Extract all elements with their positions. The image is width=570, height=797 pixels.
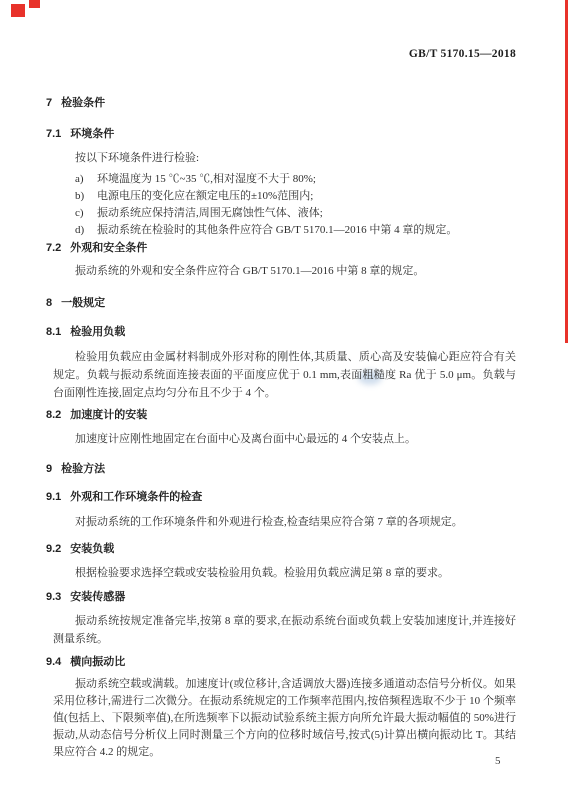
section-heading-7-2: 7.2 外观和安全条件 xyxy=(46,240,516,257)
list-marker: a) xyxy=(75,171,89,188)
red-scan-edge-line xyxy=(565,0,568,343)
paragraph-install-sensor: 振动系统按规定准备完毕,按第 8 章的要求,在振动系统台面或负载上安装加速度计,… xyxy=(53,612,516,648)
section-title: 加速度计的安装 xyxy=(70,407,147,424)
section-heading-8: 8 一般规定 xyxy=(46,295,516,312)
section-title: 检验方法 xyxy=(61,461,105,478)
scanned-document-page: GB/T 5170.15—2018 7 检验条件 7.1 环境条件 按以下环境条… xyxy=(0,0,570,797)
section-number: 8.2 xyxy=(46,407,61,424)
paragraph-accelerometer-mounting: 加速度计应刚性地固定在台面中心及离台面中心最远的 4 个安装点上。 xyxy=(53,430,516,448)
paragraph-install-load: 根据检验要求选择空载或安装检验用负载。检验用负载应满足第 8 章的要求。 xyxy=(53,564,516,582)
paragraph-env-intro: 按以下环境条件进行检验: xyxy=(53,149,516,167)
list-marker: b) xyxy=(75,188,89,205)
section-heading-7: 7 检验条件 xyxy=(46,95,516,112)
section-title: 横向振动比 xyxy=(70,654,125,671)
section-title: 检验条件 xyxy=(61,95,105,112)
section-number: 9.4 xyxy=(46,654,61,671)
list-item-text: 电源电压的变化应在额定电压的±10%范围内; xyxy=(97,188,313,205)
section-heading-9-2: 9.2 安装负载 xyxy=(46,541,516,558)
section-title: 外观和安全条件 xyxy=(70,240,147,257)
list-item-b: b) 电源电压的变化应在额定电压的±10%范围内; xyxy=(75,188,516,205)
page-number: 5 xyxy=(495,755,501,767)
section-title: 外观和工作环境条件的检查 xyxy=(70,489,202,506)
paragraph-test-load: 检验用负载应由金属材料制成外形对称的刚性体,其质量、质心高及安装偏心距应符合有关… xyxy=(53,348,516,402)
section-heading-8-1: 8.1 检验用负载 xyxy=(46,324,516,341)
section-number: 7 xyxy=(46,95,52,112)
paragraph-inspection-check: 对振动系统的工作环境条件和外观进行检查,检查结果应符合第 7 章的各项规定。 xyxy=(53,513,516,531)
section-number: 7.2 xyxy=(46,240,61,257)
section-number: 9.1 xyxy=(46,489,61,506)
red-stamp-mark-2 xyxy=(29,0,40,8)
section-title: 环境条件 xyxy=(70,126,114,143)
section-heading-8-2: 8.2 加速度计的安装 xyxy=(46,407,516,424)
section-title: 安装传感器 xyxy=(70,589,125,606)
paragraph-appearance-safety: 振动系统的外观和安全条件应符合 GB/T 5170.1—2016 中第 8 章的… xyxy=(53,262,516,280)
list-item-a: a) 环境温度为 15 ℃~35 ℃,相对湿度不大于 80%; xyxy=(75,171,516,188)
list-item-text: 环境温度为 15 ℃~35 ℃,相对湿度不大于 80%; xyxy=(97,171,316,188)
list-marker: d) xyxy=(75,222,89,239)
document-body: 7 检验条件 7.1 环境条件 按以下环境条件进行检验: a) 环境温度为 15… xyxy=(46,88,516,761)
section-number: 9.3 xyxy=(46,589,61,606)
red-stamp-mark-1 xyxy=(11,4,25,17)
section-heading-7-1: 7.1 环境条件 xyxy=(46,126,516,143)
section-number: 9 xyxy=(46,461,52,478)
section-number: 8.1 xyxy=(46,324,61,341)
section-title: 检验用负载 xyxy=(70,324,125,341)
list-item-text: 振动系统应保持清洁,周围无腐蚀性气体、液体; xyxy=(97,205,323,222)
list-item-c: c) 振动系统应保持清洁,周围无腐蚀性气体、液体; xyxy=(75,205,516,222)
section-number: 7.1 xyxy=(46,126,61,143)
section-heading-9-4: 9.4 横向振动比 xyxy=(46,654,516,671)
section-heading-9-1: 9.1 外观和工作环境条件的检查 xyxy=(46,489,516,506)
list-item-d: d) 振动系统在检验时的其他条件应符合 GB/T 5170.1—2016 中第 … xyxy=(75,222,516,239)
section-number: 8 xyxy=(46,295,52,312)
list-marker: c) xyxy=(75,205,89,222)
paragraph-transverse-vibration: 振动系统空载或满载。加速度计(或位移计,含适调放大器)连接多通道动态信号分析仪。… xyxy=(53,676,516,761)
list-item-text: 振动系统在检验时的其他条件应符合 GB/T 5170.1—2016 中第 4 章… xyxy=(97,222,457,239)
section-heading-9-3: 9.3 安装传感器 xyxy=(46,589,516,606)
standard-number-header: GB/T 5170.15—2018 xyxy=(409,48,516,60)
section-heading-9: 9 检验方法 xyxy=(46,461,516,478)
section-title: 一般规定 xyxy=(61,295,105,312)
section-title: 安装负载 xyxy=(70,541,114,558)
section-number: 9.2 xyxy=(46,541,61,558)
